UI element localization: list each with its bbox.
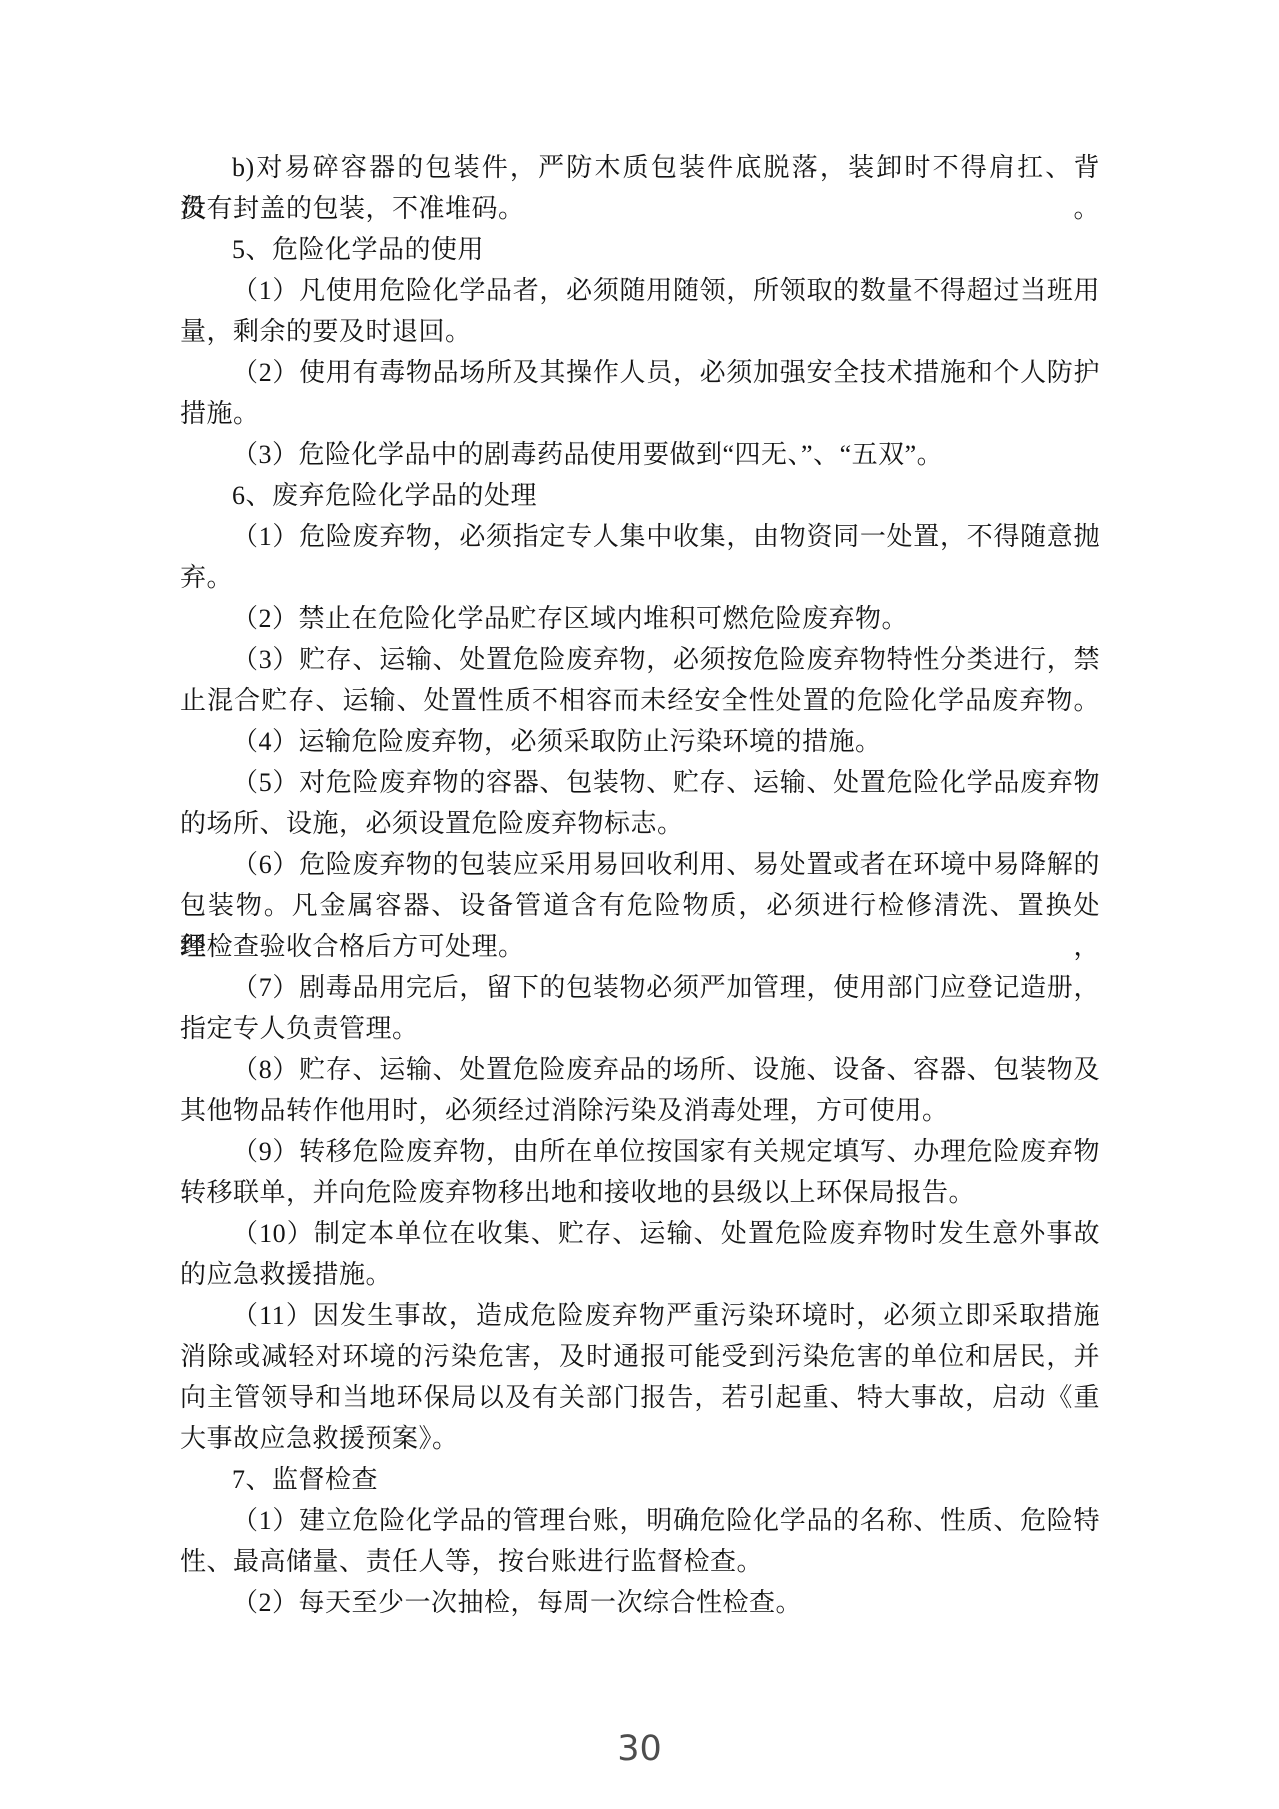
text-line: （8）贮存、运输、处置危险废弃品的场所、设施、设备、容器、包装物及 (180, 1049, 1100, 1090)
text-line: 消除或减轻对环境的污染危害，及时通报可能受到污染危害的单位和居民，并 (180, 1336, 1100, 1377)
text-line: （1）危险废弃物，必须指定专人集中收集，由物资同一处置，不得随意抛 (180, 516, 1100, 557)
text-line: （9）转移危险废弃物，由所在单位按国家有关规定填写、办理危险废弃物 (180, 1131, 1100, 1172)
text-line: （1）建立危险化学品的管理台账，明确危险化学品的名称、性质、危险特 (180, 1500, 1100, 1541)
text-line: 性、最高储量、责任人等，按台账进行监督检查。 (180, 1541, 1100, 1582)
text-line: 的场所、设施，必须设置危险废弃物标志。 (180, 803, 1100, 844)
text-line: （10）制定本单位在收集、贮存、运输、处置危险废弃物时发生意外事故 (180, 1213, 1100, 1254)
text-line: 大事故应急救援预案》。 (180, 1418, 1100, 1459)
text-line: 措施。 (180, 393, 1100, 434)
document-page: b)对易碎容器的包装件，严防木质包装件底脱落，装卸时不得肩扛、背负。没有封盖的包… (0, 0, 1279, 1809)
text-line: 7、监督检查 (180, 1459, 1100, 1500)
page-footer: 30 (0, 1726, 1279, 1772)
page-number: 30 (617, 1726, 662, 1772)
text-line: 向主管领导和当地环保局以及有关部门报告，若引起重、特大事故，启动《重 (180, 1377, 1100, 1418)
text-line: （2）每天至少一次抽检，每周一次综合性检查。 (180, 1582, 1100, 1623)
text-line: 的应急救援措施。 (180, 1254, 1100, 1295)
text-line: b)对易碎容器的包装件，严防木质包装件底脱落，装卸时不得肩扛、背负。 (180, 147, 1100, 188)
text-line: 止混合贮存、运输、处置性质不相容而未经安全性处置的危险化学品废弃物。 (180, 680, 1100, 721)
text-line: 转移联单，并向危险废弃物移出地和接收地的县级以上环保局报告。 (180, 1172, 1100, 1213)
text-line: （3）危险化学品中的剧毒药品使用要做到“四无、”、“五双”。 (180, 434, 1100, 475)
text-line: （3）贮存、运输、处置危险废弃物，必须按危险废弃物特性分类进行，禁 (180, 639, 1100, 680)
text-line: （2）使用有毒物品场所及其操作人员，必须加强安全技术措施和个人防护 (180, 352, 1100, 393)
text-line: （4）运输危险废弃物，必须采取防止污染环境的措施。 (180, 721, 1100, 762)
text-line: 6、废弃危险化学品的处理 (180, 475, 1100, 516)
text-line: 指定专人负责管理。 (180, 1008, 1100, 1049)
text-line: （5）对危险废弃物的容器、包装物、贮存、运输、处置危险化学品废弃物 (180, 762, 1100, 803)
document-body: b)对易碎容器的包装件，严防木质包装件底脱落，装卸时不得肩扛、背负。没有封盖的包… (180, 147, 1100, 1623)
text-line: （1）凡使用危险化学品者，必须随用随领，所领取的数量不得超过当班用 (180, 270, 1100, 311)
text-line: 其他物品转作他用时，必须经过消除污染及消毒处理，方可使用。 (180, 1090, 1100, 1131)
text-line: （2）禁止在危险化学品贮存区域内堆积可燃危险废弃物。 (180, 598, 1100, 639)
text-line: （7）剧毒品用完后，留下的包装物必须严加管理，使用部门应登记造册， (180, 967, 1100, 1008)
text-line: 包装物。凡金属容器、设备管道含有危险物质，必须进行检修清洗、置换处理， (180, 885, 1100, 926)
text-line: 5、危险化学品的使用 (180, 229, 1100, 270)
text-line: 弃。 (180, 557, 1100, 598)
text-line: （6）危险废弃物的包装应采用易回收利用、易处置或者在环境中易降解的 (180, 844, 1100, 885)
text-line: 量，剩余的要及时退回。 (180, 311, 1100, 352)
text-line: （11）因发生事故，造成危险废弃物严重污染环境时，必须立即采取措施 (180, 1295, 1100, 1336)
